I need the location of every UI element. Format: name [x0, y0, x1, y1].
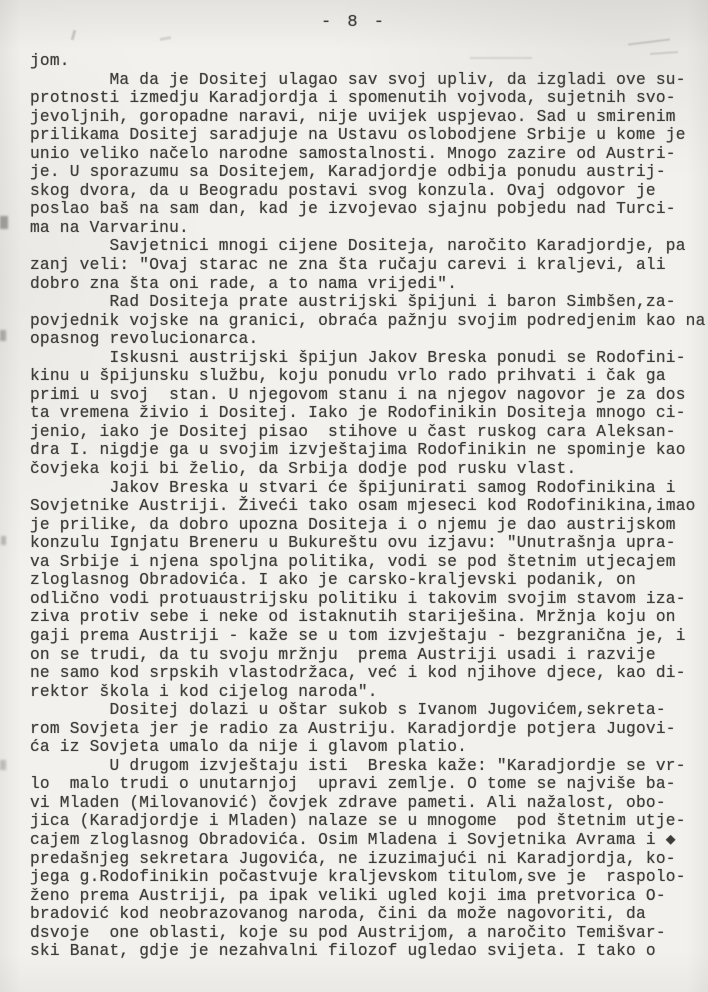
text-line: rom Sovjeta jer je radio za Austriju. Ka… [30, 720, 702, 739]
pencil-mark [628, 38, 670, 45]
text-line: je prilike, da dobro upozna Dositeja i o… [30, 516, 702, 535]
text-line: rektor škola i kod cijelog naroda". [30, 683, 702, 702]
text-line: lo malo trudi o unutarnjoj upravi zemlje… [30, 775, 702, 794]
text-line: ma na Varvarinu. [30, 219, 702, 238]
text-line: U drugom izvještaju isti Breska kaže: "K… [30, 757, 702, 776]
text-line: dsvoje one oblasti, koje su pod Austrijo… [30, 924, 702, 943]
text-line: bradović kod neobrazovanog naroda, čini … [30, 905, 702, 924]
text-line: protnosti izmedju Karadjordja i spomenut… [30, 89, 702, 108]
scan-edge-smudge [0, 216, 8, 229]
scan-edge-smudge [0, 330, 6, 341]
text-line: ća iz Sovjeta umalo da nije i glavom pla… [30, 738, 702, 757]
text-line: Rad Dositeja prate austrijski špijuni i … [30, 293, 702, 312]
text-line: vi Mladen (Milovanović) čovjek zdrave pa… [30, 794, 702, 813]
text-line: opasnog revolucionarca. [30, 330, 702, 349]
text-line: dra I. nigdje ga u svojim izvještajima R… [30, 441, 702, 460]
text-line: ženo prema Austriji, pa ipak veliki ugle… [30, 887, 702, 906]
text-line: unio veliko načelo narodne samostalnosti… [30, 145, 702, 164]
text-line: dobro zna šta oni rade, a to nama vrijed… [30, 275, 702, 294]
text-line: ski Banat, gdje je nezahvalni filozof ug… [30, 942, 702, 961]
document-page: - 8 - jom. Ma da je Dositej ulagao sav s… [0, 0, 708, 992]
text-line: jom. [30, 52, 702, 71]
scan-edge-smudge [0, 760, 6, 770]
text-line: gaji prema Austriji - kaže se u tom izvj… [30, 627, 702, 646]
text-line: konzulu Ignjatu Breneru u Bukureštu ovu … [30, 534, 702, 553]
text-line: jica (Karadjordje i Mladen) nalaze se u … [30, 812, 702, 831]
text-line: zloglasnog Obradovića. I ako je carsko-k… [30, 571, 702, 590]
text-line: predašnjeg sekretara Jugovića, ne izuzim… [30, 850, 702, 869]
text-line: prilikama Dositej saradjuje na Ustavu os… [30, 126, 702, 145]
text-line: jenio, iako je Dositej pisao stihove u č… [30, 423, 702, 442]
text-line: zanj veli: "Ovaj starac ne zna šta ručaj… [30, 256, 702, 275]
document-body: jom. Ma da je Dositej ulagao sav svoj up… [30, 52, 702, 961]
text-line: Ma da je Dositej ulagao sav svoj upliv, … [30, 71, 702, 90]
text-line: va Srbije i njena spoljna politika, vodi… [30, 553, 702, 572]
text-line: Jakov Breska u stvari će špijunirati sam… [30, 479, 702, 498]
text-line: primi u svoj stan. U njegovom stanu i na… [30, 386, 702, 405]
text-line: skog dvora, da u Beogradu postavi svog k… [30, 182, 702, 201]
text-line: ta vremena živio i Dositej. Iako je Rodo… [30, 404, 702, 423]
text-line: je. U sporazumu sa Dositejem, Karadjordj… [30, 163, 702, 182]
text-line: kinu u špijunsku službu, koju ponudu vrl… [30, 367, 702, 386]
text-line: ziva protiv sebe i neke od istaknutih st… [30, 608, 702, 627]
scan-edge-smudge [1, 536, 6, 545]
text-line: jega g.Rodofinikin počastvuje kraljevsko… [30, 868, 702, 887]
text-line: Savjetnici mnogi cijene Dositeja, naroči… [30, 237, 702, 256]
text-line: čovjeka koji bi želio, da Srbija dodje p… [30, 460, 702, 479]
text-line: poslao baš na sam dan, kad je izvojevao … [30, 200, 702, 219]
text-line: ne samo kod srpskih vlastodržaca, već i … [30, 664, 702, 683]
scan-artifact [160, 36, 171, 41]
text-line: odlično vodi protuaustrijsku politiku i … [30, 590, 702, 609]
page-number: - 8 - [0, 13, 708, 32]
text-line: Dositej dolazi u oštar sukob s Ivanom Ju… [30, 701, 702, 720]
text-line: on se trudi, da tu svoju mržnju prema Au… [30, 646, 702, 665]
text-line: Iskusni austrijski špijun Jakov Breska p… [30, 349, 702, 368]
text-line: cajem zloglasnog Obradovića. Osim Mladen… [30, 831, 702, 850]
text-line: jevoljnih, goropadne naravi, nije uvijek… [30, 108, 702, 127]
text-line: povjednik vojske na granici, obraća pažn… [30, 312, 702, 331]
text-line: Sovjetnike Austriji. Živeći tako osam mj… [30, 497, 702, 516]
